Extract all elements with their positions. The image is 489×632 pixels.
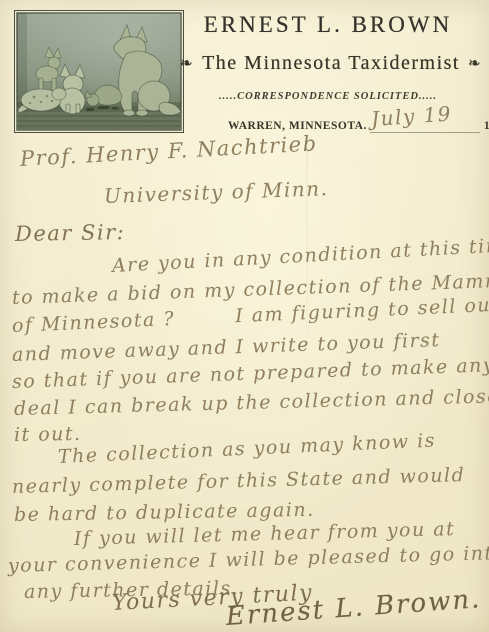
body-line: Are you in any condition at this time	[111, 234, 489, 277]
letter-page: ERNEST L. BROWN ❧The Minnesota Taxidermi…	[0, 0, 489, 632]
correspondence-solicited-line: .....CORRESPONDENCE SOLICITED.....	[172, 91, 484, 102]
place-label: WARREN, MINNESOTA.	[228, 120, 367, 133]
fleuron-right-icon: ❧	[460, 56, 489, 72]
letterhead-tagline: ❧The Minnesota Taxidermist❧	[172, 52, 484, 75]
taxidermy-photo	[14, 10, 184, 133]
salutation: Dear Sir:	[15, 220, 126, 246]
body-line: nearly complete for this State and would	[12, 464, 466, 498]
letterhead: ERNEST L. BROWN ❧The Minnesota Taxidermi…	[172, 0, 484, 102]
handwritten-date: July 19	[370, 101, 452, 131]
date-blank-line: July 19	[370, 116, 480, 133]
body-line: it out.	[14, 423, 82, 446]
recipient-institution: University of Minn.	[104, 176, 329, 208]
body-line: deal I can break up the collection and c…	[14, 385, 489, 420]
fleuron-left-icon: ❧	[172, 56, 202, 72]
letterhead-tagline-text: The Minnesota Taxidermist	[202, 52, 460, 74]
year-printed: 190	[484, 120, 489, 133]
taxidermy-photo-illustration	[14, 10, 184, 133]
body-line: The collection as you may know is	[58, 430, 437, 468]
letterhead-name: ERNEST L. BROWN	[172, 12, 484, 38]
recipient-name: Prof. Henry F. Nachtrieb	[19, 131, 318, 171]
dateline: WARREN, MINNESOTA. July 19 190 2	[228, 112, 489, 133]
